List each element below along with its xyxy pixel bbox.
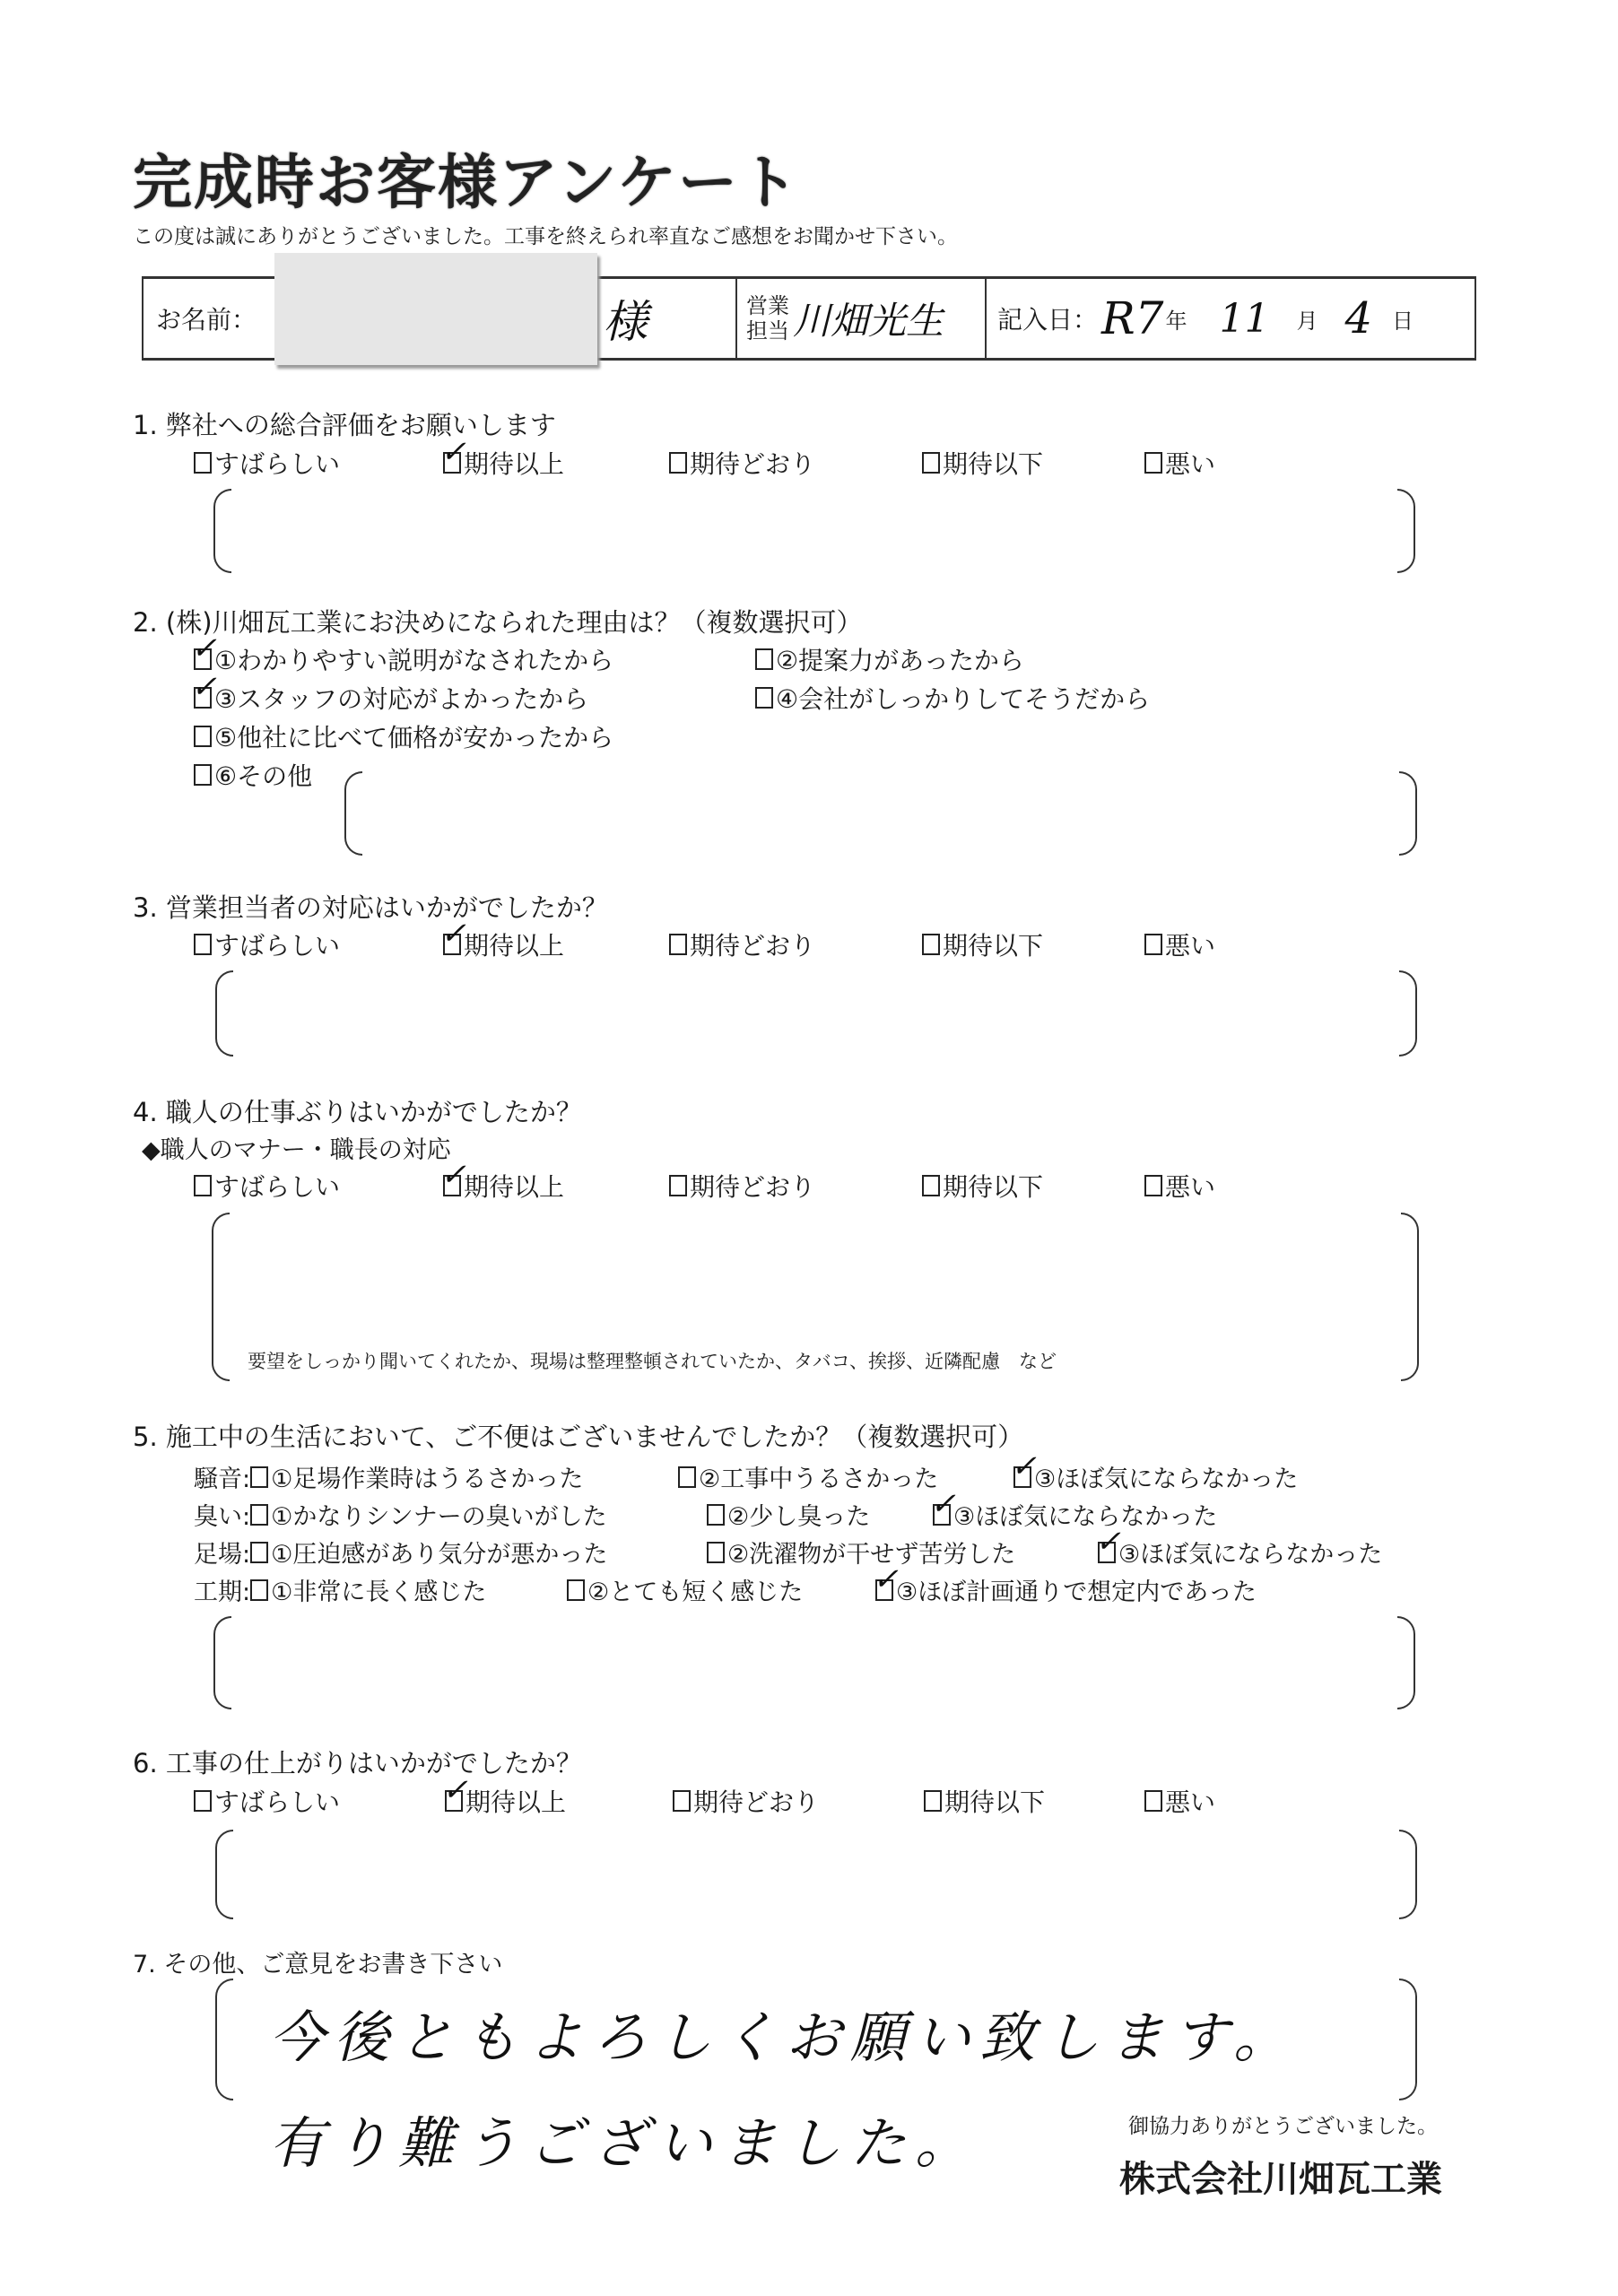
checkbox-checked[interactable] bbox=[443, 452, 461, 474]
divider bbox=[985, 279, 987, 358]
q4-option-below[interactable]: 期待以下 bbox=[922, 1168, 1043, 1204]
bracket-left bbox=[213, 489, 231, 573]
checkbox-checked[interactable] bbox=[445, 1790, 463, 1812]
checkbox[interactable] bbox=[922, 452, 940, 474]
option-label: 悪い bbox=[1165, 926, 1215, 962]
date-year-value: R7 bbox=[1101, 292, 1163, 344]
question-text: 工事の仕上がりはいかがでしたか？ bbox=[166, 1748, 582, 1779]
q5-noise-option-3[interactable]: ③ほぼ気にならなかった bbox=[1013, 1459, 1298, 1494]
q3-option-excellent[interactable]: すばらしい bbox=[194, 926, 340, 962]
option-label: 期待どおり bbox=[690, 1168, 815, 1204]
bracket-left bbox=[215, 1979, 233, 2100]
sales-rep-value: 川畑光生 bbox=[793, 291, 944, 345]
checkbox[interactable] bbox=[1144, 1790, 1162, 1812]
q6-rating-options: すばらしい 期待以上 期待どおり 期待以下 悪い bbox=[0, 1783, 1618, 1815]
question-text: 営業担当者の対応はいかがでしたか？ bbox=[166, 892, 608, 923]
q7-comment-line-2: 有り難うございました。 bbox=[269, 2099, 979, 2179]
q3-option-above[interactable]: 期待以上 bbox=[443, 926, 564, 962]
checkbox[interactable] bbox=[250, 1542, 268, 1563]
question-2: 2. (株)川畑瓦工業にお決めになられた理由は？（複数選択可） bbox=[133, 603, 863, 639]
q3-option-bad[interactable]: 悪い bbox=[1144, 926, 1215, 962]
q6-comment-box[interactable] bbox=[215, 1830, 1417, 1916]
checkbox[interactable] bbox=[922, 934, 940, 955]
option-label: ③ほぼ気にならなかった bbox=[1034, 1459, 1298, 1494]
option-label: 期待以下 bbox=[943, 1168, 1043, 1204]
sales-label-top: 営業 bbox=[746, 293, 789, 318]
q5-row-smell: 臭い: ①かなりシンナーの臭いがした bbox=[194, 1497, 607, 1532]
q1-option-below[interactable]: 期待以下 bbox=[922, 445, 1043, 481]
option-label: すばらしい bbox=[214, 445, 340, 481]
q5-scaffold-option-3[interactable]: ③ほぼ気にならなかった bbox=[1098, 1535, 1382, 1570]
q5-duration-option-3[interactable]: ③ほぼ計画通りで想定内であった bbox=[875, 1572, 1257, 1607]
year-label: 年 bbox=[1165, 303, 1187, 335]
bracket-right bbox=[1399, 1979, 1417, 2100]
bracket-left bbox=[213, 1616, 231, 1709]
q1-comment-box[interactable] bbox=[213, 489, 1415, 570]
q5-smell-option-3[interactable]: ③ほぼ気にならなかった bbox=[933, 1497, 1217, 1532]
option-label: ①足場作業時はうるさかった bbox=[271, 1459, 583, 1494]
q2-option-3[interactable]: ③スタッフの対応がよかったから bbox=[194, 680, 588, 716]
bracket-left bbox=[215, 1830, 233, 1919]
option-label: すばらしい bbox=[214, 1783, 340, 1819]
question-3: 3. 営業担当者の対応はいかがでしたか？ bbox=[133, 888, 608, 925]
date-label: 記入日： bbox=[997, 300, 1098, 336]
question-4: 4. 職人の仕事ぶりはいかがでしたか？ bbox=[133, 1092, 582, 1129]
option-label: 期待以上 bbox=[464, 445, 564, 481]
option-label: ③ほぼ気にならなかった bbox=[1118, 1535, 1382, 1570]
bracket-left bbox=[212, 1213, 230, 1381]
checkbox[interactable] bbox=[707, 1504, 725, 1526]
checkbox[interactable] bbox=[194, 452, 212, 474]
checkbox[interactable] bbox=[250, 1466, 268, 1488]
name-label: お名前： bbox=[156, 300, 257, 336]
q4-hint-text: 要望をしっかり聞いてくれたか、現場は整理整頓されていたか、タバコ、挨拶、近隣配慮… bbox=[248, 1347, 1057, 1374]
checkbox-checked[interactable] bbox=[1013, 1466, 1031, 1488]
q5-smell-option-2[interactable]: ②少し臭った bbox=[707, 1497, 870, 1532]
question-number: 5. bbox=[133, 1422, 158, 1452]
option-label: 期待以上 bbox=[465, 1783, 566, 1819]
option-label: ③ほぼ計画通りで想定内であった bbox=[896, 1572, 1257, 1607]
q5-row-duration: 工期: ①非常に長く感じた bbox=[194, 1572, 486, 1607]
row-category: 足場: bbox=[194, 1535, 250, 1570]
option-label: すばらしい bbox=[214, 926, 340, 962]
question-number: 1. bbox=[133, 410, 158, 440]
q2-option-2[interactable]: ②提案力があったから bbox=[755, 641, 1024, 677]
q1-option-bad[interactable]: 悪い bbox=[1144, 445, 1215, 481]
q5-row-noise: 騒音: ①足場作業時はうるさかった bbox=[194, 1459, 583, 1494]
q5-comment-box[interactable] bbox=[213, 1616, 1415, 1706]
option-label: 期待以下 bbox=[944, 1783, 1045, 1819]
checkbox[interactable] bbox=[250, 1579, 268, 1601]
question-number: 3. bbox=[133, 892, 158, 923]
row-category: 騒音: bbox=[194, 1459, 250, 1494]
q7-comment-line-1: 今後ともよろしくお願い致します。 bbox=[269, 1993, 1298, 2073]
name-field[interactable]: お名前： bbox=[156, 279, 257, 358]
divider bbox=[735, 279, 737, 358]
option-label: 期待以上 bbox=[464, 926, 564, 962]
q3-rating-options: すばらしい 期待以上 期待どおり 期待以下 悪い bbox=[0, 926, 1618, 959]
q3-option-below[interactable]: 期待以下 bbox=[922, 926, 1043, 962]
q5-duration-option-2[interactable]: ②とても短く感じた bbox=[567, 1572, 803, 1607]
option-label: ②提案力があったから bbox=[776, 641, 1024, 677]
q3-comment-box[interactable] bbox=[215, 970, 1417, 1053]
q6-option-bad[interactable]: 悪い bbox=[1144, 1783, 1215, 1819]
q4-option-bad[interactable]: 悪い bbox=[1144, 1168, 1215, 1204]
option-label: 期待どおり bbox=[690, 445, 815, 481]
sales-label-bottom: 担当 bbox=[746, 318, 789, 344]
checkbox-checked[interactable] bbox=[194, 687, 212, 709]
question-text: 職人の仕事ぶりはいかがでしたか？ bbox=[166, 1097, 582, 1127]
q5-row-scaffold: 足場: ①圧迫感があり気分が悪かった bbox=[194, 1535, 607, 1570]
option-label: ②工事中うるさかった bbox=[699, 1459, 938, 1494]
checkbox[interactable] bbox=[567, 1579, 585, 1601]
checkbox-checked[interactable] bbox=[443, 1175, 461, 1196]
checkbox-checked[interactable] bbox=[1098, 1542, 1116, 1563]
checkbox-checked[interactable] bbox=[194, 648, 212, 670]
q3-option-expected[interactable]: 期待どおり bbox=[669, 926, 815, 962]
date-field[interactable]: 記入日： R7 年 11 月 4 日 bbox=[997, 279, 1464, 358]
option-label: ①わかりやすい説明がなされたから bbox=[214, 641, 613, 677]
checkbox[interactable] bbox=[922, 1175, 940, 1196]
checkbox[interactable] bbox=[194, 934, 212, 955]
q6-option-below[interactable]: 期待以下 bbox=[924, 1783, 1045, 1819]
q1-option-above[interactable]: 期待以上 bbox=[443, 445, 564, 481]
q1-option-excellent[interactable]: すばらしい bbox=[194, 445, 340, 481]
question-number: 6. bbox=[133, 1748, 158, 1779]
q6-option-excellent[interactable]: すばらしい bbox=[194, 1783, 340, 1819]
option-label: ②少し臭った bbox=[727, 1497, 870, 1532]
bracket-right bbox=[1401, 1213, 1419, 1381]
q5-inconvenience-grid: 騒音: ①足場作業時はうるさかった ②工事中うるさかった ③ほぼ気にならなかった… bbox=[0, 1459, 1618, 1621]
q4-option-above[interactable]: 期待以上 bbox=[443, 1168, 564, 1204]
checkbox[interactable] bbox=[1144, 1175, 1162, 1196]
question-5: 5. 施工中の生活において、ご不便はございませんでしたか？（複数選択可） bbox=[133, 1417, 1023, 1454]
checkbox[interactable] bbox=[194, 726, 212, 747]
q1-option-expected[interactable]: 期待どおり bbox=[669, 445, 815, 481]
q2-option-4[interactable]: ④会社がしっかりしてそうだから bbox=[755, 680, 1150, 716]
q2-other-comment-box[interactable] bbox=[344, 771, 1417, 852]
page-subtitle: この度は誠にありがとうございました。工事を終えられ率直なご感想をお聞かせ下さい。 bbox=[133, 220, 958, 249]
q5-noise-option-2[interactable]: ②工事中うるさかった bbox=[678, 1459, 938, 1494]
bracket-left bbox=[344, 771, 362, 856]
checkbox[interactable] bbox=[924, 1790, 942, 1812]
checkbox[interactable] bbox=[669, 452, 687, 474]
company-name: 株式会社川畑瓦工業 bbox=[1119, 2151, 1442, 2202]
question-text: 弊社への総合評価をお願いします bbox=[166, 410, 556, 440]
q4-subheading: ◆職人のマナー・職長の対応 bbox=[142, 1130, 451, 1165]
option-label: ①圧迫感があり気分が悪かった bbox=[271, 1535, 607, 1570]
checkbox[interactable] bbox=[669, 934, 687, 955]
q4-option-expected[interactable]: 期待どおり bbox=[669, 1168, 815, 1204]
bracket-left bbox=[215, 970, 233, 1057]
question-text: 施工中の生活において、ご不便はございませんでしたか？（複数選択可） bbox=[166, 1422, 1023, 1452]
option-label: ⑤他社に比べて価格が安かったから bbox=[214, 718, 613, 754]
q4-rating-options: すばらしい 期待以上 期待どおり 期待以下 悪い bbox=[0, 1168, 1618, 1200]
option-label: 期待どおり bbox=[693, 1783, 819, 1819]
question-1: 1. 弊社への総合評価をお願いします bbox=[133, 405, 556, 442]
checkbox[interactable] bbox=[1144, 934, 1162, 955]
option-label: ①非常に長く感じた bbox=[271, 1572, 486, 1607]
option-label: 期待以下 bbox=[943, 445, 1043, 481]
checkbox[interactable] bbox=[194, 1175, 212, 1196]
option-label: ②洗濯物が干せず苦労した bbox=[727, 1535, 1015, 1570]
checkbox[interactable] bbox=[194, 764, 212, 786]
q2-option-6[interactable]: ⑥その他 bbox=[194, 757, 312, 793]
honorific: 様 bbox=[603, 279, 648, 358]
option-label: ③スタッフの対応がよかったから bbox=[214, 680, 588, 716]
question-7: 7. その他、ご意見をお書き下さい bbox=[133, 1944, 502, 1979]
date-month-value: 11 bbox=[1219, 296, 1269, 342]
checkbox[interactable] bbox=[669, 1175, 687, 1196]
checkbox-checked[interactable] bbox=[443, 934, 461, 955]
day-label: 日 bbox=[1392, 303, 1414, 335]
redacted-name-overlay bbox=[274, 253, 597, 365]
option-label: 悪い bbox=[1165, 1168, 1215, 1204]
checkbox[interactable] bbox=[194, 1790, 212, 1812]
option-label: 期待どおり bbox=[690, 926, 815, 962]
row-category: 工期: bbox=[194, 1572, 250, 1607]
option-label: 悪い bbox=[1165, 445, 1215, 481]
question-number: 2. bbox=[133, 607, 158, 638]
option-label: 期待以上 bbox=[464, 1168, 564, 1204]
option-label: ②とても短く感じた bbox=[587, 1572, 803, 1607]
option-label: ⑥その他 bbox=[214, 757, 312, 793]
q4-comment-box[interactable]: 要望をしっかり聞いてくれたか、現場は整理整頓されていたか、タバコ、挨拶、近隣配慮… bbox=[212, 1213, 1419, 1378]
option-label: すばらしい bbox=[214, 1168, 340, 1204]
date-day-value: 4 bbox=[1344, 293, 1372, 344]
row-category: 臭い: bbox=[194, 1497, 250, 1532]
option-label: 期待以下 bbox=[943, 926, 1043, 962]
checkbox[interactable] bbox=[707, 1542, 725, 1563]
checkbox[interactable] bbox=[755, 648, 773, 670]
checkbox-checked[interactable] bbox=[933, 1504, 951, 1526]
question-number: 4. bbox=[133, 1097, 158, 1127]
option-label: ①かなりシンナーの臭いがした bbox=[271, 1497, 607, 1532]
q6-option-above[interactable]: 期待以上 bbox=[445, 1783, 566, 1819]
bracket-right bbox=[1399, 970, 1417, 1057]
sales-rep-field[interactable]: 営業 担当 川畑光生 bbox=[746, 279, 944, 358]
checkbox[interactable] bbox=[755, 687, 773, 709]
question-number: 7. bbox=[133, 1951, 156, 1979]
checkbox[interactable] bbox=[1144, 452, 1162, 474]
bracket-right bbox=[1397, 1616, 1415, 1709]
checkbox[interactable] bbox=[678, 1466, 696, 1488]
question-6: 6. 工事の仕上がりはいかがでしたか？ bbox=[133, 1744, 582, 1780]
option-label: ③ほぼ気にならなかった bbox=[953, 1497, 1217, 1532]
q1-rating-options: すばらしい 期待以上 期待どおり 期待以下 悪い bbox=[0, 445, 1618, 477]
page-title: 完成時お客様アンケート bbox=[133, 135, 800, 220]
q5-scaffold-option-2[interactable]: ②洗濯物が干せず苦労した bbox=[707, 1535, 1015, 1570]
option-label: 悪い bbox=[1165, 1783, 1215, 1819]
checkbox-checked[interactable] bbox=[875, 1579, 893, 1601]
option-label: ④会社がしっかりしてそうだから bbox=[776, 680, 1150, 716]
q2-option-5[interactable]: ⑤他社に比べて価格が安かったから bbox=[194, 718, 613, 754]
question-text: その他、ご意見をお書き下さい bbox=[163, 1951, 502, 1979]
checkbox[interactable] bbox=[250, 1504, 268, 1526]
question-text: (株)川畑瓦工業にお決めになられた理由は？（複数選択可） bbox=[166, 607, 863, 638]
bracket-right bbox=[1397, 489, 1415, 573]
checkbox[interactable] bbox=[673, 1790, 691, 1812]
q6-option-expected[interactable]: 期待どおり bbox=[673, 1783, 819, 1819]
month-label: 月 bbox=[1296, 303, 1318, 335]
q4-option-excellent[interactable]: すばらしい bbox=[194, 1168, 340, 1204]
bracket-right bbox=[1399, 771, 1417, 856]
q2-option-1[interactable]: ①わかりやすい説明がなされたから bbox=[194, 641, 613, 677]
footer-thanks: 御協力ありがとうございました。 bbox=[1128, 2109, 1438, 2139]
bracket-right bbox=[1399, 1830, 1417, 1919]
